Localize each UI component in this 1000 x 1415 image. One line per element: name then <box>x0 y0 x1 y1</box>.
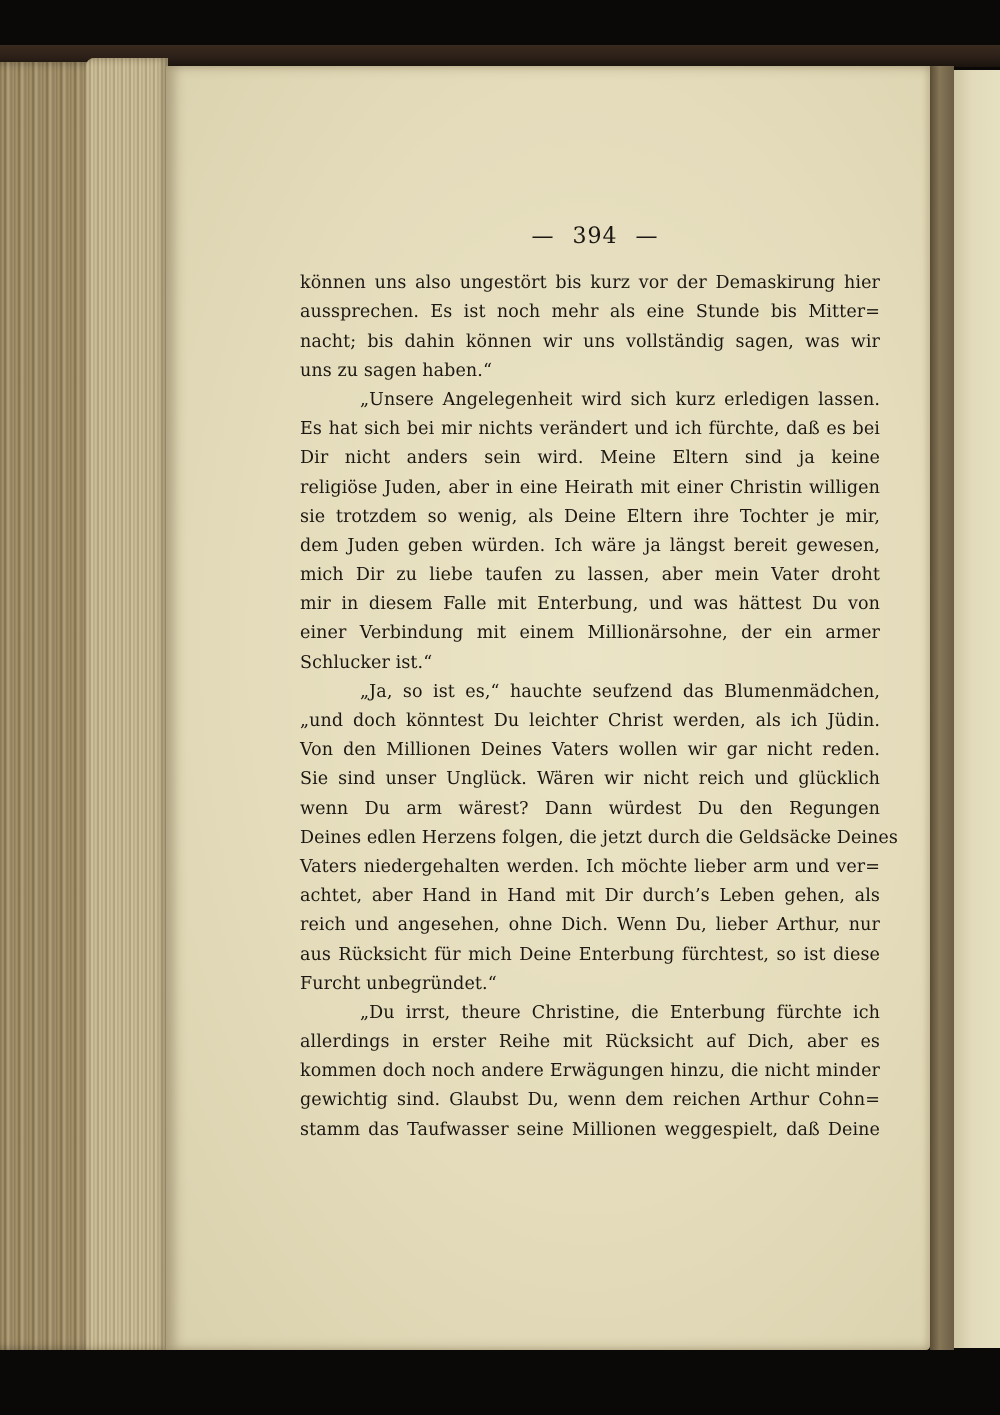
background-bottom <box>0 1350 1000 1415</box>
page-number: —394— <box>300 222 880 251</box>
text-line: mir in diesem Falle mit Enterbung, und w… <box>300 590 880 619</box>
text-line: Von den Millionen Deines Vaters wollen w… <box>300 736 880 765</box>
text-line: „Unsere Angelegenheit wird sich kurz erl… <box>300 386 880 415</box>
text-line: aussprechen. Es ist noch mehr als eine S… <box>300 298 880 327</box>
text-line: Es hat sich bei mir nichts verändert und… <box>300 415 880 444</box>
text-line: Sie sind unser Unglück. Wären wir nicht … <box>300 765 880 794</box>
text-line: einer Verbindung mit einem Millionärsohn… <box>300 619 880 648</box>
text-line: gewichtig sind. Glaubst Du, wenn dem rei… <box>300 1086 880 1115</box>
text-line: Dir nicht anders sein wird. Meine Eltern… <box>300 444 880 473</box>
paragraph: können uns also ungestört bis kurz vor d… <box>300 269 880 386</box>
book-page-stack <box>86 58 168 1350</box>
text-line: Furcht unbegründet.“ <box>300 970 880 999</box>
text-line: „Du irrst, theure Christine, die Enterbu… <box>300 999 880 1028</box>
page-number-dash-left: — <box>532 222 555 251</box>
page-number-dash-right: — <box>636 222 659 251</box>
paragraph: „Unsere Angelegenheit wird sich kurz erl… <box>300 386 880 678</box>
text-line: „Ja, so ist es,“ hauchte seufzend das Bl… <box>300 678 880 707</box>
text-line: Schlucker ist.“ <box>300 649 880 678</box>
text-line: uns zu sagen haben.“ <box>300 357 880 386</box>
text-line: dem Juden geben würden. Ich wäre ja läng… <box>300 532 880 561</box>
text-line: stamm das Taufwasser seine Millionen weg… <box>300 1116 880 1145</box>
text-line: sie trotzdem so wenig, als Deine Eltern … <box>300 503 880 532</box>
text-line: mich Dir zu liebe taufen zu lassen, aber… <box>300 561 880 590</box>
text-line: kommen doch noch andere Erwägungen hinzu… <box>300 1057 880 1086</box>
text-line: Vaters niedergehalten werden. Ich möchte… <box>300 853 880 882</box>
text-line: nacht; bis dahin können wir uns vollstän… <box>300 328 880 357</box>
paragraph: „Ja, so ist es,“ hauchte seufzend das Bl… <box>300 678 880 999</box>
text-line: allerdings in erster Reihe mit Rücksicht… <box>300 1028 880 1057</box>
text-line: Deines edlen Herzens folgen, die jetzt d… <box>300 824 880 853</box>
facing-page-edge <box>954 70 1000 1348</box>
text-line: achtet, aber Hand in Hand mit Dir durch’… <box>300 882 880 911</box>
page-number-value: 394 <box>573 224 618 249</box>
text-line: aus Rücksicht für mich Deine Enterbung f… <box>300 941 880 970</box>
text-line: religiöse Juden, aber in eine Heirath mi… <box>300 474 880 503</box>
text-line: wenn Du arm wärest? Dann würdest Du den … <box>300 795 880 824</box>
book-gutter <box>930 66 954 1350</box>
text-line: können uns also ungestört bis kurz vor d… <box>300 269 880 298</box>
text-line: „und doch könntest Du leichter Christ we… <box>300 707 880 736</box>
text-line: reich und angesehen, ohne Dich. Wenn Du,… <box>300 911 880 940</box>
page-text-block: —394— können uns also ungestört bis kurz… <box>300 222 880 1145</box>
paragraph: „Du irrst, theure Christine, die Enterbu… <box>300 999 880 1145</box>
